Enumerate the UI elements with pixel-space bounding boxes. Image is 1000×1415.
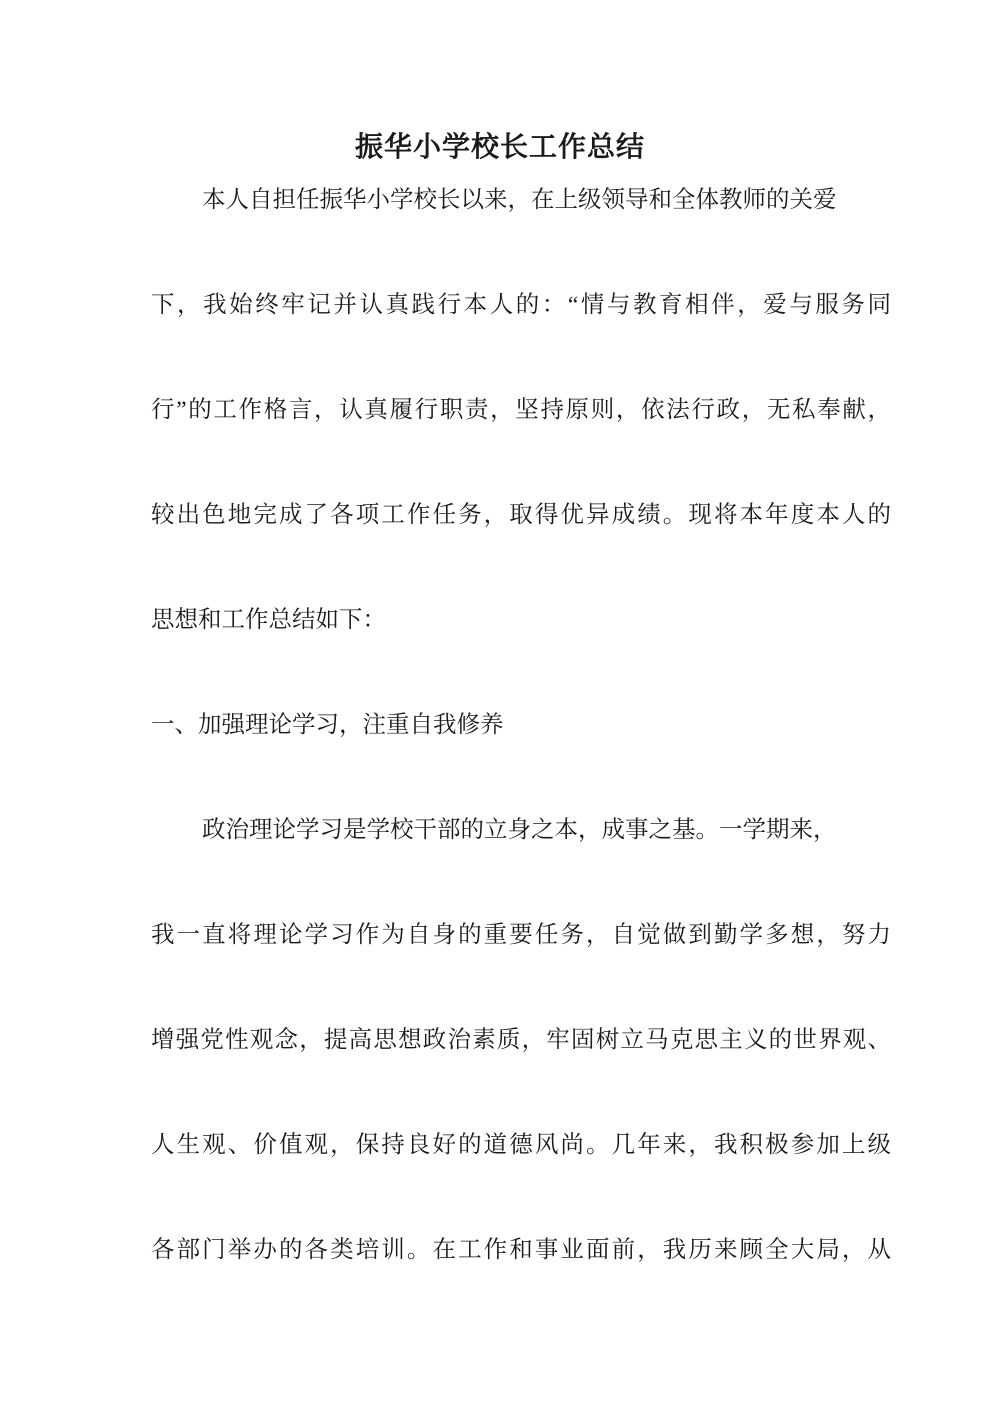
- paragraph-line: 思想和工作总结如下：: [151, 568, 891, 673]
- document-page: 振华小学校长工作总结 本人自担任振华小学校长以来，在上级领导和全体教师的关爱 下…: [0, 0, 1000, 1415]
- paragraph-line: 政治理论学习是学校干部的立身之本，成事之基。一学期来，: [151, 778, 891, 883]
- paragraph-line: 本人自担任振华小学校长以来，在上级领导和全体教师的关爱: [151, 148, 891, 253]
- paragraph-line: 我一直将理论学习作为自身的重要任务，自觉做到勤学多想，努力: [151, 883, 891, 988]
- paragraph-line: 下，我始终牢记并认真践行本人的：“情与教育相伴，爱与服务同: [151, 253, 891, 358]
- section-heading: 一、加强理论学习，注重自我修养: [151, 673, 891, 778]
- paragraph-line: 人生观、价值观，保持良好的道德风尚。几年来，我积极参加上级: [151, 1093, 891, 1198]
- paragraph-line: 行”的工作格言，认真履行职责，坚持原则，依法行政，无私奉献，: [151, 358, 891, 463]
- paragraph-line: 增强党性观念，提高思想政治素质，牢固树立马克思主义的世界观、: [151, 988, 891, 1093]
- paragraph-line: 较出色地完成了各项工作任务，取得优异成绩。现将本年度本人的: [151, 463, 891, 568]
- document-body: 本人自担任振华小学校长以来，在上级领导和全体教师的关爱 下，我始终牢记并认真践行…: [151, 148, 891, 1303]
- paragraph-line: 各部门举办的各类培训。在工作和事业面前，我历来顾全大局，从: [151, 1198, 891, 1303]
